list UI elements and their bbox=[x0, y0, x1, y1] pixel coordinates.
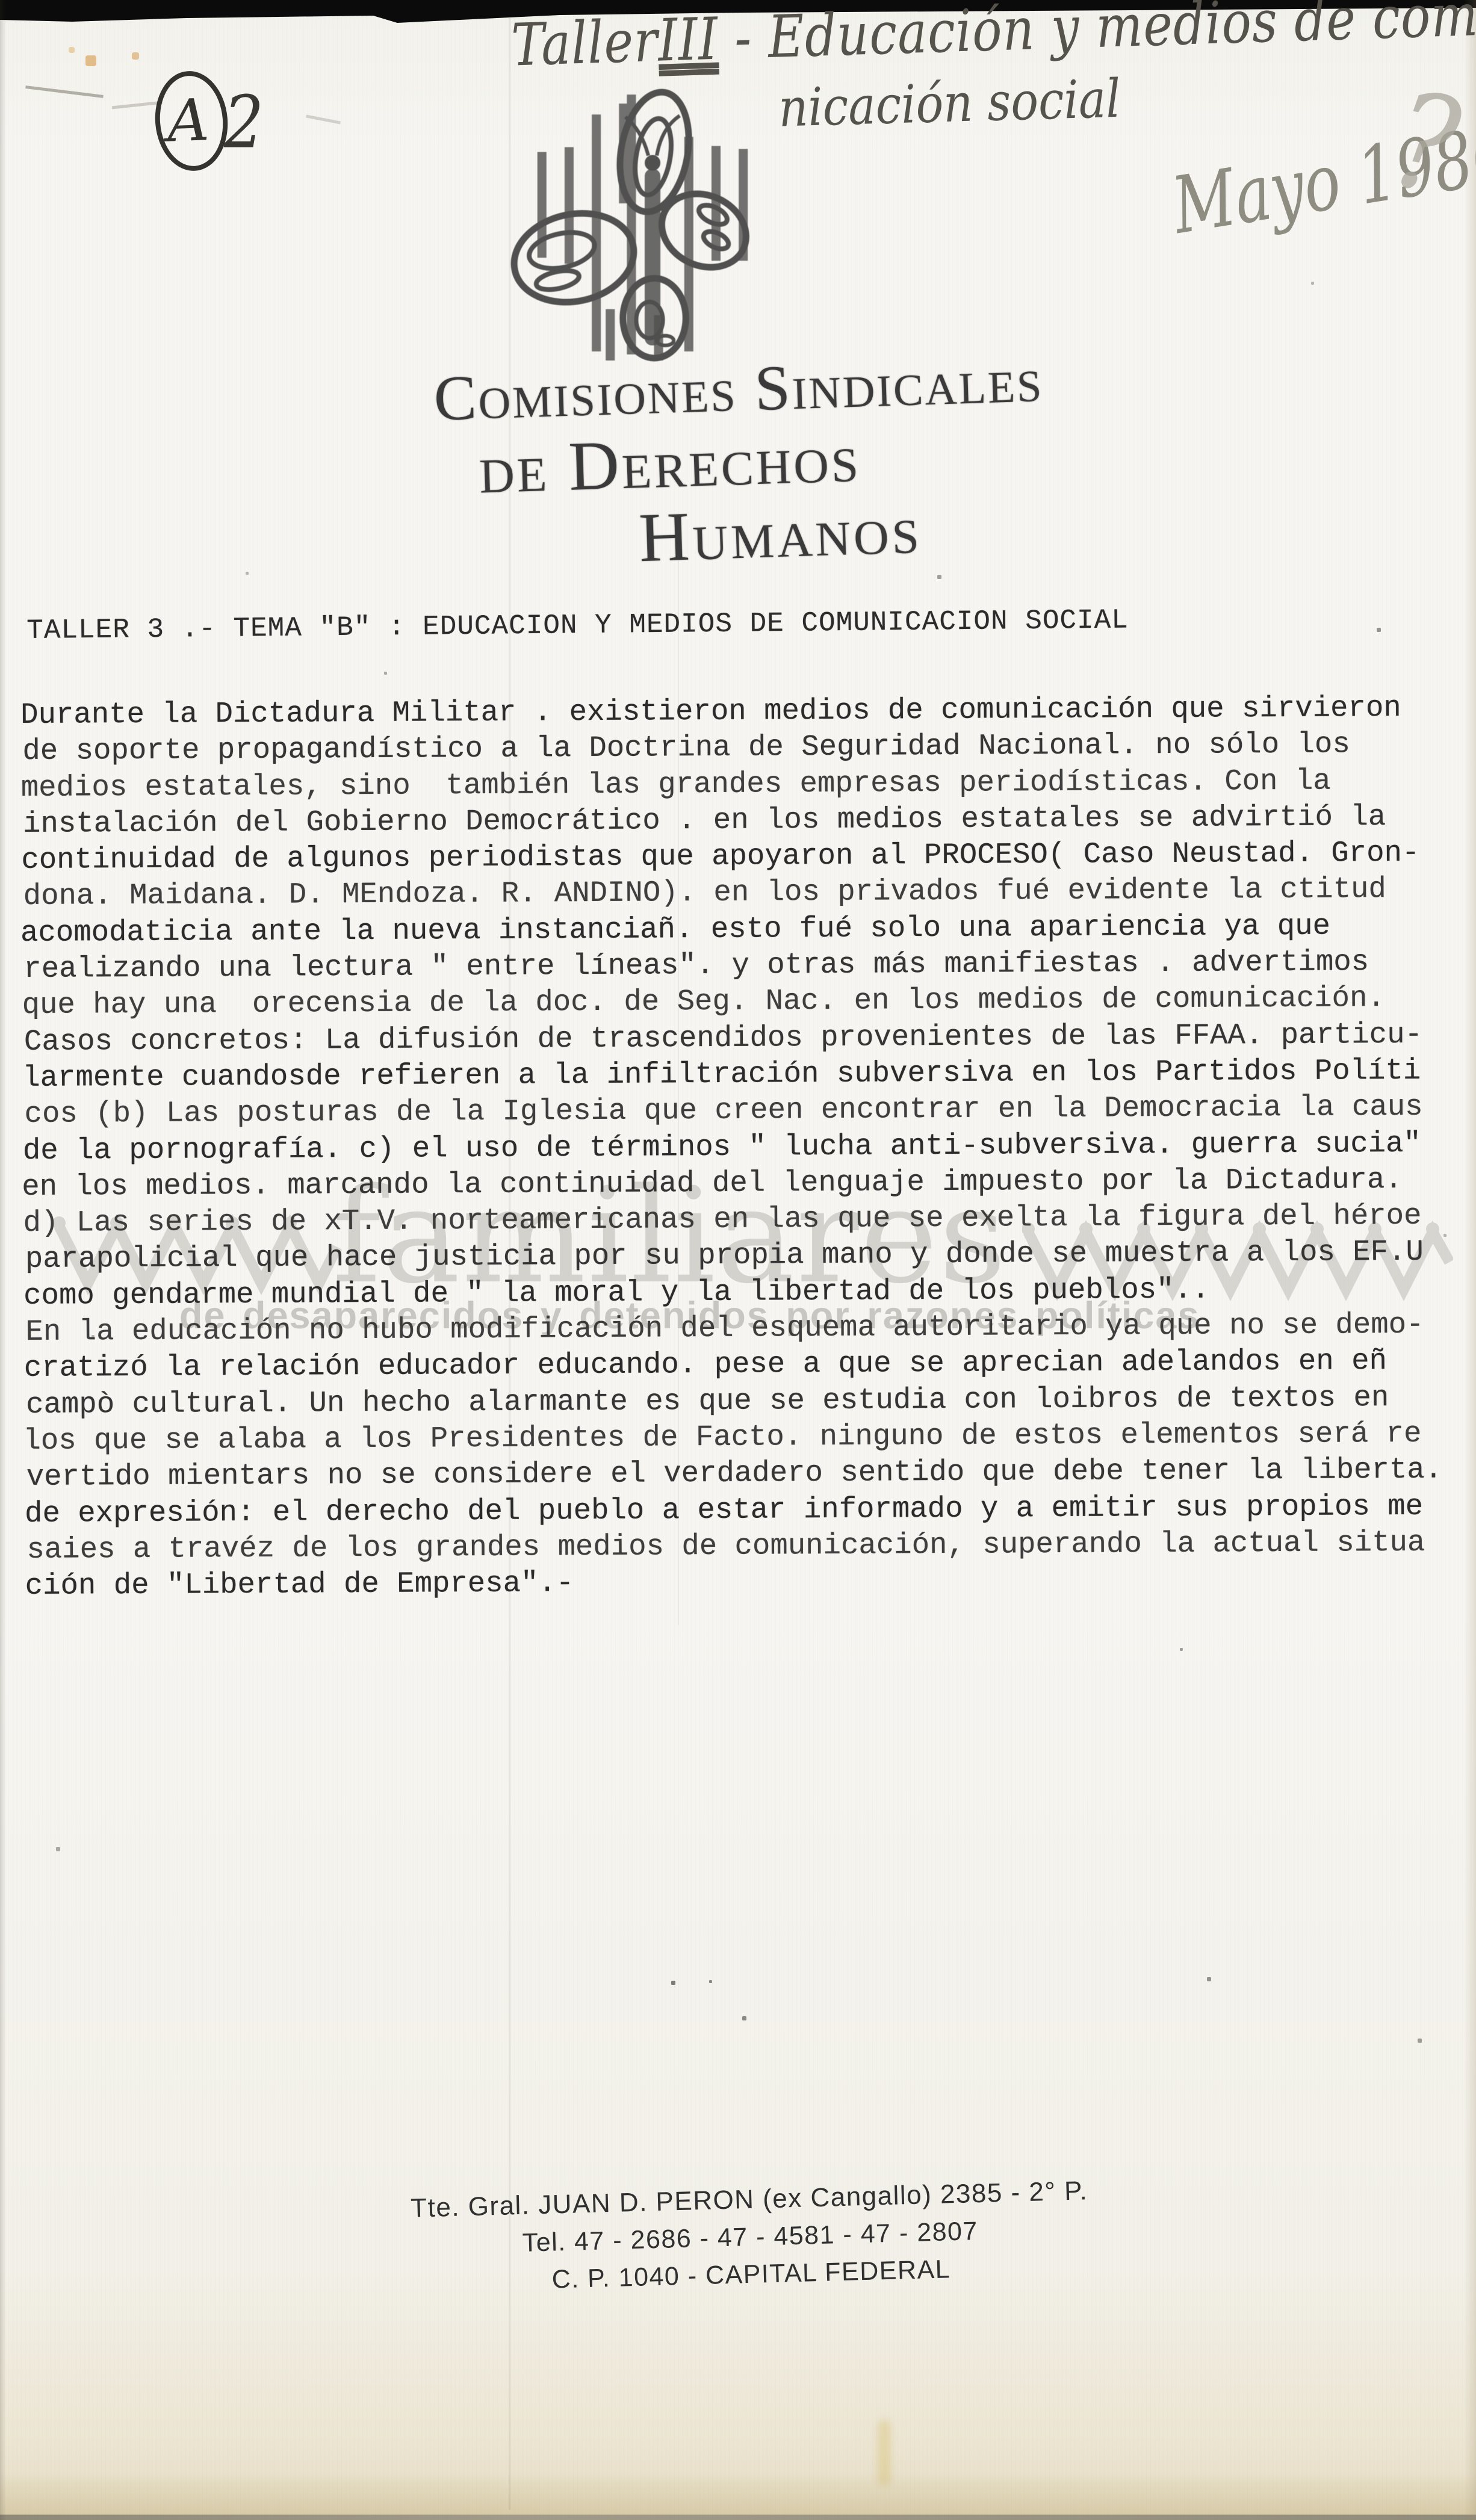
typed-body-text: Durante la Dictadura Militar . existiero… bbox=[20, 690, 1468, 1605]
scan-bottom-edge bbox=[0, 2515, 1476, 2520]
pencil-scribble bbox=[306, 115, 341, 125]
stain-spots bbox=[0, 0, 1, 1]
handwritten-title-line2: nicación social bbox=[778, 67, 1121, 138]
typed-line: saies a travéz de los grandes medios de … bbox=[26, 1525, 1469, 1569]
typed-line: vertido mientars no se considere el verd… bbox=[26, 1453, 1469, 1497]
scan-bottom-tint bbox=[0, 2472, 1476, 2515]
classification-letter: A bbox=[166, 86, 210, 155]
document-heading: TALLER 3 .- TEMA "B" : EDUCACION Y MEDIO… bbox=[26, 604, 1129, 646]
butterfly-behind-bars-icon bbox=[503, 79, 790, 364]
pencil-scribble bbox=[112, 101, 163, 110]
pencil-scribble bbox=[25, 85, 104, 98]
scanned-document-page: A 2 TallerIII - Educación y medios de co… bbox=[0, 0, 1476, 2520]
scan-left-edge bbox=[0, 0, 6, 2520]
handwritten-title-line1: TallerIII - Educación y medios de comu bbox=[510, 0, 1476, 79]
stain-streak bbox=[878, 2419, 891, 2486]
typed-line: cos (b) Las posturas de la Iglesia que c… bbox=[24, 1090, 1466, 1134]
organization-name-stamp: Comisiones Sindicales de Derechos Humano… bbox=[361, 342, 1120, 583]
typed-line: parapolicial que hace justicia por su pr… bbox=[25, 1235, 1468, 1279]
classification-number: 2 bbox=[224, 80, 264, 164]
underlined-roman-numeral: III bbox=[657, 5, 719, 75]
typed-line: Casos concretos: La difusión de trascend… bbox=[24, 1017, 1466, 1061]
letterhead-footer: Tte. Gral. JUAN D. PERON (ex Cangallo) 2… bbox=[373, 2175, 1127, 2300]
typed-line: ción de "Libertad de Empresa".- bbox=[25, 1562, 1468, 1606]
typed-line: instalación del Gobierno Democrático . e… bbox=[23, 799, 1465, 843]
typed-line: En la educación no hubo modificación del… bbox=[25, 1307, 1468, 1351]
circled-classification-mark: A bbox=[151, 68, 232, 174]
